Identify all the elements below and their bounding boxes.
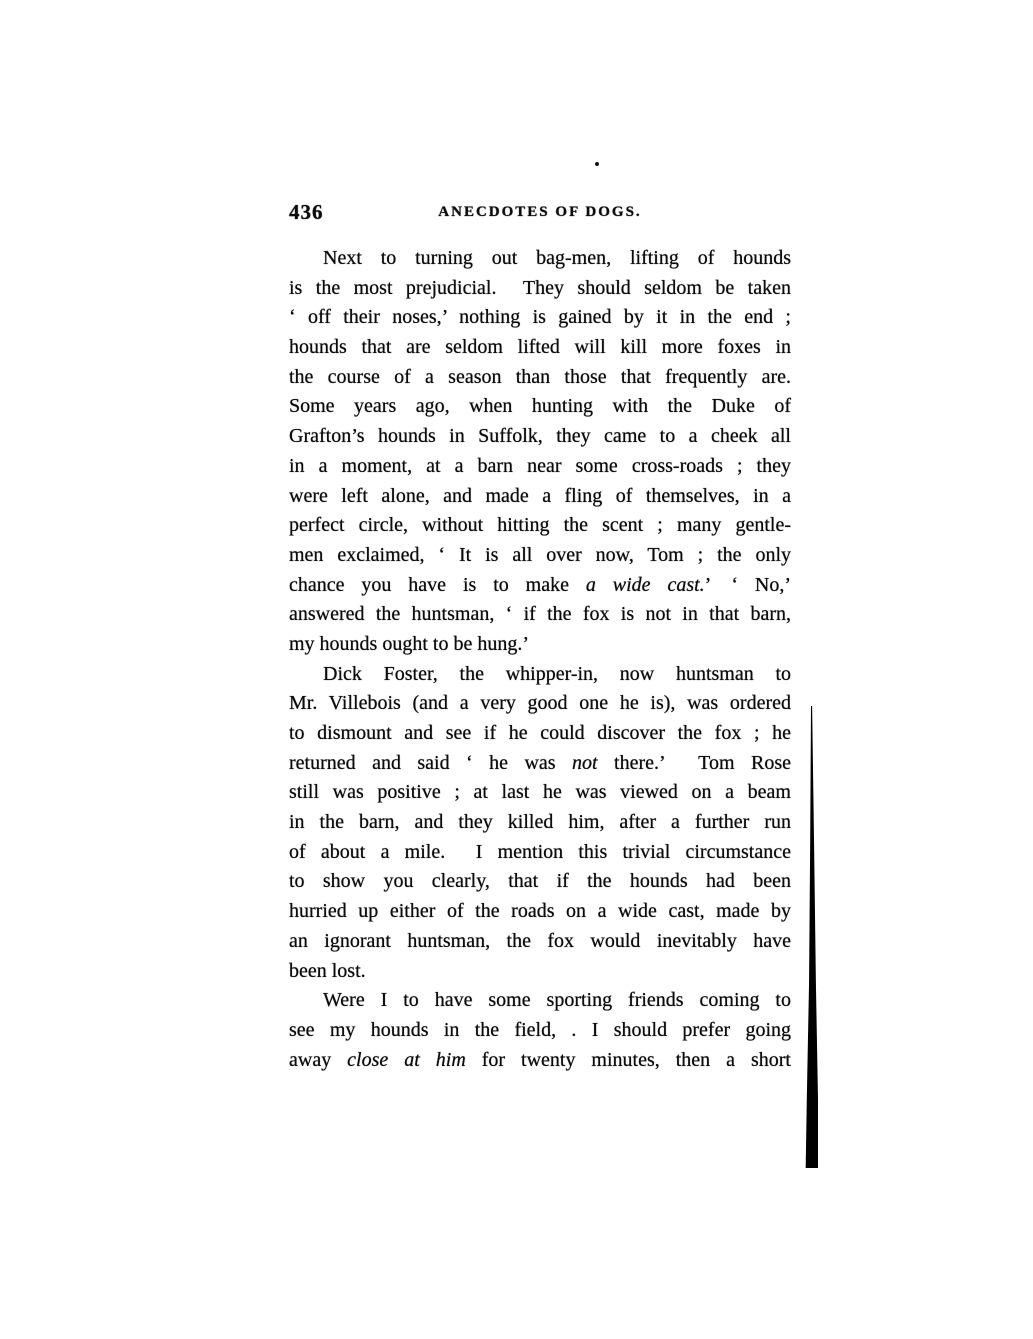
body-text: Next to turning out bag-men, lifting of …	[289, 244, 791, 1075]
text-line: Dick Foster, the whipper-in, now huntsma…	[289, 660, 791, 690]
text-line: in the barn, and they killed him, after …	[289, 808, 791, 838]
text-segment: returned and said ‘ he was	[289, 752, 572, 774]
text-line: see my hounds in the field, . I should p…	[289, 1016, 791, 1046]
text-line: Mr. Villebois (and a very good one he is…	[289, 689, 791, 719]
text-segment: to show you clearly, that if the hounds …	[289, 870, 791, 892]
text-segment: Some years ago, when hunting with the Du…	[289, 395, 791, 417]
text-line: Next to turning out bag-men, lifting of …	[289, 244, 791, 274]
text-line: hounds that are seldom lifted will kill …	[289, 333, 791, 363]
italic-text-segment: close at him	[347, 1049, 466, 1071]
text-segment: see my hounds in the field, . I should p…	[289, 1019, 791, 1041]
text-line: is the most prejudicial. They should sel…	[289, 274, 791, 304]
text-line: an ignorant huntsman, the fox would inev…	[289, 927, 791, 957]
text-line: returned and said ‘ he was not there.’ T…	[289, 749, 791, 779]
text-line: answered the huntsman, ‘ if the fox is n…	[289, 600, 791, 630]
text-segment: been lost.	[289, 960, 366, 982]
text-segment: hounds that are seldom lifted will kill …	[289, 336, 791, 358]
text-line: my hounds ought to be hung.’	[289, 630, 791, 660]
ink-speck	[595, 162, 599, 166]
text-segment: were left alone, and made a fling of the…	[289, 485, 791, 507]
text-segment: away	[289, 1049, 347, 1071]
text-segment: men exclaimed, ‘ It is all over now, Tom…	[289, 544, 791, 566]
text-segment: in a moment, at a barn near some cross-r…	[289, 455, 791, 477]
text-line: been lost.	[289, 957, 791, 987]
text-segment: answered the huntsman, ‘ if the fox is n…	[289, 603, 791, 625]
text-segment: hurried up either of the roads on a wide…	[289, 900, 791, 922]
italic-text-segment: a wide cast.	[586, 574, 705, 596]
text-segment: Grafton’s hounds in Suffolk, they came t…	[289, 425, 791, 447]
text-line: men exclaimed, ‘ It is all over now, Tom…	[289, 541, 791, 571]
text-line: ‘ off their noses,’ nothing is gained by…	[289, 303, 791, 333]
text-line: the course of a season than those that f…	[289, 363, 791, 393]
page-header: 436 ANECDOTES OF DOGS.	[289, 200, 791, 228]
scan-gutter-artifact	[804, 706, 818, 1168]
text-line: to dismount and see if he could discover…	[289, 719, 791, 749]
book-page: 436 ANECDOTES OF DOGS. Next to turning o…	[0, 0, 1033, 1339]
text-line: still was positive ; at last he was view…	[289, 778, 791, 808]
text-segment: of about a mile. I mention this trivial …	[289, 841, 791, 863]
text-segment: Mr. Villebois (and a very good one he is…	[289, 692, 791, 714]
text-segment: ’ ‘ No,’	[705, 574, 791, 596]
text-segment: ‘ off their noses,’ nothing is gained by…	[289, 306, 791, 328]
text-segment: there.’ Tom Rose	[598, 752, 791, 774]
text-segment: to dismount and see if he could discover…	[289, 722, 791, 744]
text-line: perfect circle, without hitting the scen…	[289, 511, 791, 541]
text-segment: in the barn, and they killed him, after …	[289, 811, 791, 833]
text-segment: an ignorant huntsman, the fox would inev…	[289, 930, 791, 952]
italic-text-segment: not	[572, 752, 598, 774]
text-segment: is the most prejudicial. They should sel…	[289, 277, 791, 299]
text-line: Were I to have some sporting friends com…	[289, 986, 791, 1016]
text-segment: Were I to have some sporting friends com…	[323, 989, 791, 1011]
text-segment: Dick Foster, the whipper-in, now huntsma…	[323, 663, 791, 685]
text-line: away close at him for twenty minutes, th…	[289, 1046, 791, 1076]
text-line: chance you have is to make a wide cast.’…	[289, 571, 791, 601]
text-segment: my hounds ought to be hung.’	[289, 633, 529, 655]
text-segment: the course of a season than those that f…	[289, 366, 791, 388]
text-line: hurried up either of the roads on a wide…	[289, 897, 791, 927]
text-segment: Next to turning out bag-men, lifting of …	[323, 247, 791, 269]
running-header: ANECDOTES OF DOGS.	[289, 204, 791, 221]
text-segment: perfect circle, without hitting the scen…	[289, 514, 791, 536]
text-line: were left alone, and made a fling of the…	[289, 482, 791, 512]
text-line: to show you clearly, that if the hounds …	[289, 867, 791, 897]
text-line: of about a mile. I mention this trivial …	[289, 838, 791, 868]
text-line: in a moment, at a barn near some cross-r…	[289, 452, 791, 482]
text-segment: chance you have is to make	[289, 574, 586, 596]
text-segment: still was positive ; at last he was view…	[289, 781, 791, 803]
text-segment: for twenty minutes, then a short	[466, 1049, 791, 1071]
text-line: Some years ago, when hunting with the Du…	[289, 392, 791, 422]
text-line: Grafton’s hounds in Suffolk, they came t…	[289, 422, 791, 452]
